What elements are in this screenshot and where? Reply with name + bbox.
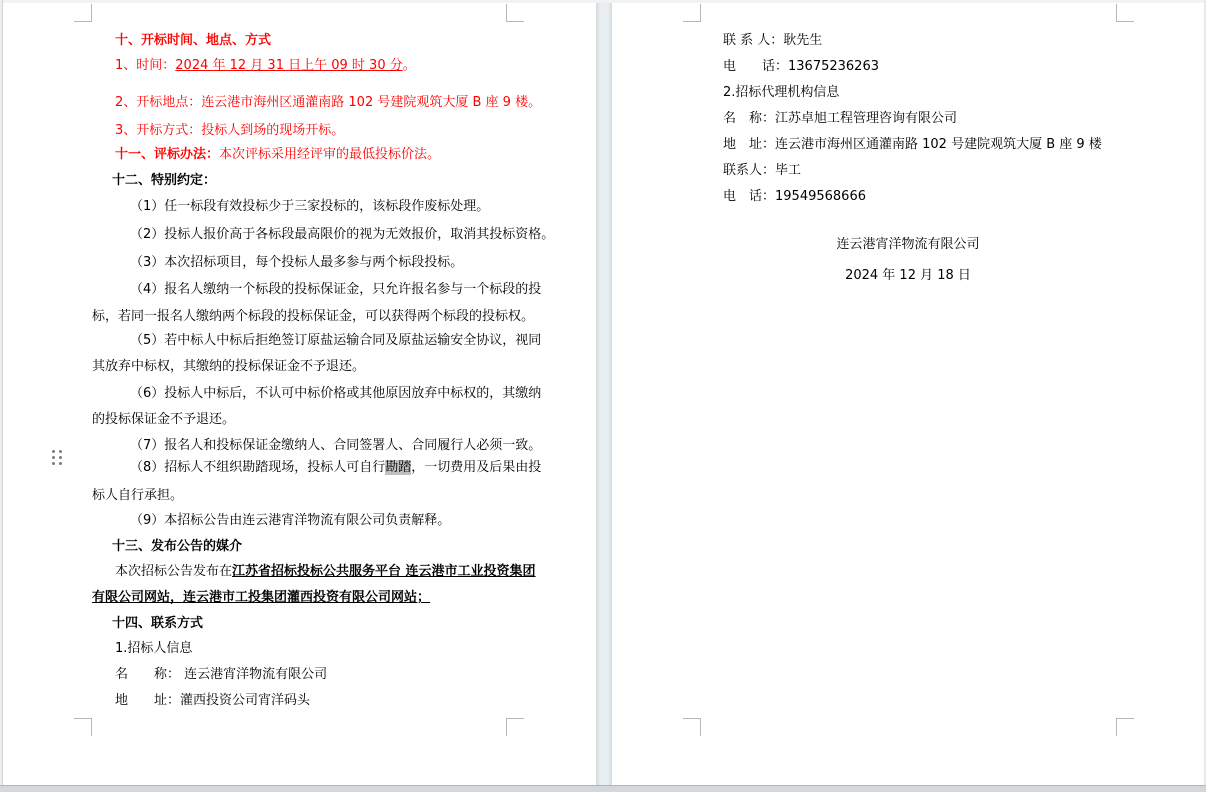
- crop-mark-left-page-bottom-right: [506, 718, 524, 736]
- text-run: 电 话：13675236263: [723, 59, 879, 74]
- text-run: 名 称：江苏卓旭工程管理咨询有限公司: [723, 111, 957, 126]
- text-run: 名 称： 连云港宵洋物流有限公司: [115, 667, 327, 682]
- drag-dot: [52, 456, 55, 459]
- text-line[interactable]: （4）报名人缴纳一个标段的投标保证金，只允许报名参与一个标段的投: [130, 281, 541, 299]
- text-run: 有限公司网站，连云港市工投集团灌西投资有限公司网站；: [92, 590, 430, 605]
- text-run: 2024 年 12 月 31 日上午 09 时 30 分: [175, 58, 402, 73]
- text-line[interactable]: 其放弃中标权，其缴纳的投标保证金不予退还。: [92, 358, 365, 376]
- text-run: 。: [403, 58, 416, 73]
- text-run: （2）投标人报价高于各标段最高限价的视为无效报价，取消其投标资格。: [130, 227, 554, 242]
- text-line[interactable]: 十三、发布公告的媒介: [112, 538, 242, 556]
- drag-dot: [52, 450, 55, 453]
- text-line[interactable]: （6）投标人中标后，不认可中标价格或其他原因放弃中标权的，其缴纳: [130, 385, 541, 403]
- text-line[interactable]: 十四、联系方式: [112, 615, 203, 633]
- text-line[interactable]: 联系人：毕工: [723, 162, 801, 180]
- paragraph-drag-handle-icon[interactable]: [52, 450, 65, 469]
- text-run: 十一、评标办法：: [115, 147, 219, 162]
- text-line[interactable]: （5）若中标人中标后拒绝签订原盐运输合同及原盐运输安全协议，视同: [130, 332, 541, 350]
- text-run: 地 址：连云港市海州区通灌南路 102 号建院观筑大厦 B 座 9 楼: [723, 137, 1102, 152]
- text-line[interactable]: （7）报名人和投标保证金缴纳人、合同签署人、合同履行人必须一致。: [130, 437, 541, 455]
- text-run: 1、时间：: [115, 58, 175, 73]
- text-run: 江苏省招标投标公共服务平台 连云港市工业投资集团: [232, 564, 536, 579]
- text-run: 其放弃中标权，其缴纳的投标保证金不予退还。: [92, 359, 365, 374]
- text-line[interactable]: 有限公司网站，连云港市工投集团灌西投资有限公司网站；: [92, 589, 430, 607]
- text-line[interactable]: 本次招标公告发布在江苏省招标投标公共服务平台 连云港市工业投资集团: [115, 563, 536, 581]
- text-line[interactable]: （1）任一标段有效投标少于三家投标的，该标段作废标处理。: [130, 198, 489, 216]
- text-run: 地 址：灌西投资公司宵洋码头: [115, 693, 310, 708]
- text-line[interactable]: 十、开标时间、地点、方式: [115, 32, 271, 50]
- text-line[interactable]: （9）本招标公告由连云港宵洋物流有限公司负责解释。: [130, 512, 450, 530]
- text-run: 标人自行承担。: [92, 488, 183, 503]
- text-run: 标，若同一报名人缴纳两个标段的投标保证金，可以获得两个标段的投标权。: [92, 309, 534, 324]
- text-line[interactable]: 十二、特别约定：: [112, 172, 216, 190]
- crop-mark-right-page-bottom-right: [1116, 718, 1134, 736]
- page-gap: [596, 0, 612, 786]
- text-run: （9）本招标公告由连云港宵洋物流有限公司负责解释。: [130, 513, 450, 528]
- text-line[interactable]: 2.招标代理机构信息: [723, 84, 839, 102]
- text-run: 十四、联系方式: [112, 616, 203, 631]
- text-line[interactable]: （2）投标人报价高于各标段最高限价的视为无效报价，取消其投标资格。: [130, 226, 554, 244]
- text-run: 连云港宵洋物流有限公司: [836, 237, 979, 252]
- crop-mark-right-page-top-left: [683, 4, 701, 22]
- crop-mark-left-page-top-left: [74, 4, 92, 22]
- text-line[interactable]: 名 称： 连云港宵洋物流有限公司: [115, 666, 327, 684]
- text-run: （7）报名人和投标保证金缴纳人、合同签署人、合同履行人必须一致。: [130, 438, 541, 453]
- text-line[interactable]: 2、开标地点：连云港市海州区通灌南路 102 号建院观筑大厦 B 座 9 楼。: [115, 94, 541, 112]
- text-line[interactable]: （8）招标人不组织勘踏现场，投标人可自行勘踏，一切费用及后果由投: [130, 459, 541, 477]
- text-run: 联 系 人：耿先生: [723, 33, 822, 48]
- text-line[interactable]: 名 称：江苏卓旭工程管理咨询有限公司: [723, 110, 957, 128]
- text-run: 电 话：19549568666: [723, 189, 866, 204]
- text-line[interactable]: 连云港宵洋物流有限公司: [700, 236, 1116, 254]
- text-run: （3）本次招标项目，每个投标人最多参与两个标段投标。: [130, 255, 463, 270]
- drag-dot: [59, 456, 62, 459]
- text-line[interactable]: 电 话：19549568666: [723, 188, 866, 206]
- text-line[interactable]: 的投标保证金不予退还。: [92, 411, 235, 429]
- crop-mark-left-page-bottom-left: [74, 718, 92, 736]
- text-run: （1）任一标段有效投标少于三家投标的，该标段作废标处理。: [130, 199, 489, 214]
- text-line[interactable]: 3、开标方式：投标人到场的现场开标。: [115, 122, 344, 140]
- text-run: 2024 年 12 月 18 日: [845, 268, 971, 283]
- text-line[interactable]: 联 系 人：耿先生: [723, 32, 822, 50]
- text-line[interactable]: （3）本次招标项目，每个投标人最多参与两个标段投标。: [130, 254, 463, 272]
- left-edge-strip: [0, 0, 3, 792]
- text-run: ，一切费用及后果由投: [411, 460, 541, 475]
- text-run: 的投标保证金不予退还。: [92, 412, 235, 427]
- text-line[interactable]: 2024 年 12 月 18 日: [700, 267, 1116, 285]
- bottom-scroll-strip[interactable]: [0, 785, 1206, 792]
- document-page-right[interactable]: 联 系 人：耿先生电 话：136752362632.招标代理机构信息名 称：江苏…: [612, 0, 1204, 786]
- text-run: （4）报名人缴纳一个标段的投标保证金，只允许报名参与一个标段的投: [130, 282, 541, 297]
- text-run: 2.招标代理机构信息: [723, 85, 839, 100]
- text-run: （5）若中标人中标后拒绝签订原盐运输合同及原盐运输安全协议，视同: [130, 333, 541, 348]
- text-run: 2、开标地点：连云港市海州区通灌南路 102 号建院观筑大厦 B 座 9 楼。: [115, 95, 541, 110]
- text-run: 1.招标人信息: [115, 641, 192, 656]
- text-line[interactable]: 标人自行承担。: [92, 487, 183, 505]
- drag-dot: [59, 462, 62, 465]
- text-run: 十、开标时间、地点、方式: [115, 33, 271, 48]
- text-run: 本次评标采用经评审的最低投标价法。: [219, 147, 440, 162]
- document-page-left[interactable]: 十、开标时间、地点、方式1、时间：2024 年 12 月 31 日上午 09 时…: [0, 0, 596, 786]
- text-run: 本次招标公告发布在: [115, 564, 232, 579]
- text-run: 十二、特别约定：: [112, 173, 216, 188]
- text-run: （8）招标人不组织勘踏现场，投标人可自行: [130, 460, 385, 475]
- text-line[interactable]: 地 址：灌西投资公司宵洋码头: [115, 692, 310, 710]
- text-line[interactable]: 电 话：13675236263: [723, 58, 879, 76]
- crop-mark-right-page-bottom-left: [683, 718, 701, 736]
- text-run: （6）投标人中标后，不认可中标价格或其他原因放弃中标权的，其缴纳: [130, 386, 541, 401]
- text-line[interactable]: 1.招标人信息: [115, 640, 192, 658]
- text-line[interactable]: 1、时间：2024 年 12 月 31 日上午 09 时 30 分。: [115, 57, 416, 75]
- crop-mark-right-page-top-right: [1116, 4, 1134, 22]
- text-line[interactable]: 标，若同一报名人缴纳两个标段的投标保证金，可以获得两个标段的投标权。: [92, 308, 534, 326]
- drag-dot: [52, 462, 55, 465]
- top-edge-strip: [0, 0, 1206, 3]
- editor-viewport: 十、开标时间、地点、方式1、时间：2024 年 12 月 31 日上午 09 时…: [0, 0, 1206, 792]
- crop-mark-left-page-top-right: [506, 4, 524, 22]
- text-line[interactable]: 地 址：连云港市海州区通灌南路 102 号建院观筑大厦 B 座 9 楼: [723, 136, 1102, 154]
- drag-dot: [59, 450, 62, 453]
- text-line[interactable]: 十一、评标办法：本次评标采用经评审的最低投标价法。: [115, 146, 440, 164]
- text-run: 3、开标方式：投标人到场的现场开标。: [115, 123, 344, 138]
- text-run: 十三、发布公告的媒介: [112, 539, 242, 554]
- text-run: 联系人：毕工: [723, 163, 801, 178]
- highlighted-text-run: 勘踏: [385, 460, 411, 475]
